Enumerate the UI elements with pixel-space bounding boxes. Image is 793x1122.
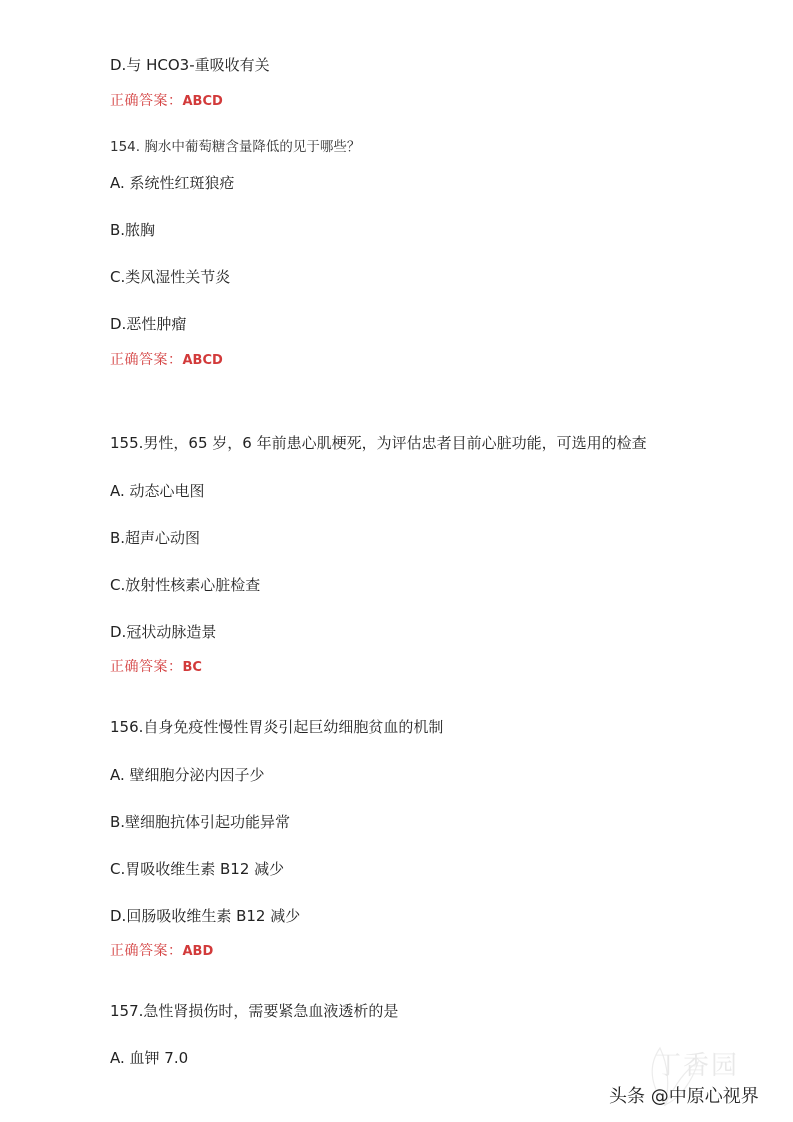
answer-option: D.回肠吸收维生素 B12 减少 <box>110 906 300 926</box>
answer-option: A. 壁细胞分泌内因子少 <box>110 765 265 785</box>
answer-label: 正确答案： <box>110 93 183 109</box>
answer-option: B.脓胸 <box>110 220 155 240</box>
answer-option: C.类风湿性关节炎 <box>110 267 230 287</box>
footer-credit: 头条 @中原心视界 <box>609 1082 759 1108</box>
answer-option: B.壁细胞抗体引起功能异常 <box>110 812 290 832</box>
watermark-text: 丁香园 <box>655 1045 739 1082</box>
answer-value: ABCD <box>183 353 223 368</box>
answer-label: 正确答案： <box>110 352 183 368</box>
answer-option: C.放射性核素心脏检查 <box>110 575 260 595</box>
answer-option: C.胃吸收维生素 B12 减少 <box>110 859 284 879</box>
correct-answer: 正确答案：ABCD <box>110 350 223 371</box>
answer-value: ABCD <box>183 94 223 109</box>
answer-option: A. 动态心电图 <box>110 481 205 501</box>
answer-option: A. 血钾 7.0 <box>110 1048 188 1068</box>
correct-answer: 正确答案：ABCD <box>110 91 223 112</box>
answer-label: 正确答案： <box>110 943 183 959</box>
correct-answer: 正确答案：BC <box>110 657 202 678</box>
question-text: 155.男性，65 岁，6 年前患心肌梗死，为评估忠者目前心脏功能，可选用的检查 <box>110 433 647 453</box>
answer-option: D.恶性肿瘤 <box>110 314 186 334</box>
question-text: 157.急性肾损伤时，需要紧急血液透析的是 <box>110 1001 398 1021</box>
answer-value: ABD <box>183 944 214 959</box>
answer-value: BC <box>183 660 202 675</box>
answer-option: A. 系统性红斑狼疮 <box>110 173 235 193</box>
answer-option: B.超声心动图 <box>110 528 200 548</box>
question-text: 156.自身免疫性慢性胃炎引起巨幼细胞贫血的机制 <box>110 717 443 737</box>
question-text: 154. 胸水中葡萄糖含量降低的见于哪些？ <box>110 137 360 157</box>
correct-answer: 正确答案：ABD <box>110 941 213 962</box>
answer-option: D.与 HCO3-重吸收有关 <box>110 55 270 75</box>
answer-option: D.冠状动脉造景 <box>110 622 216 642</box>
answer-label: 正确答案： <box>110 659 183 675</box>
